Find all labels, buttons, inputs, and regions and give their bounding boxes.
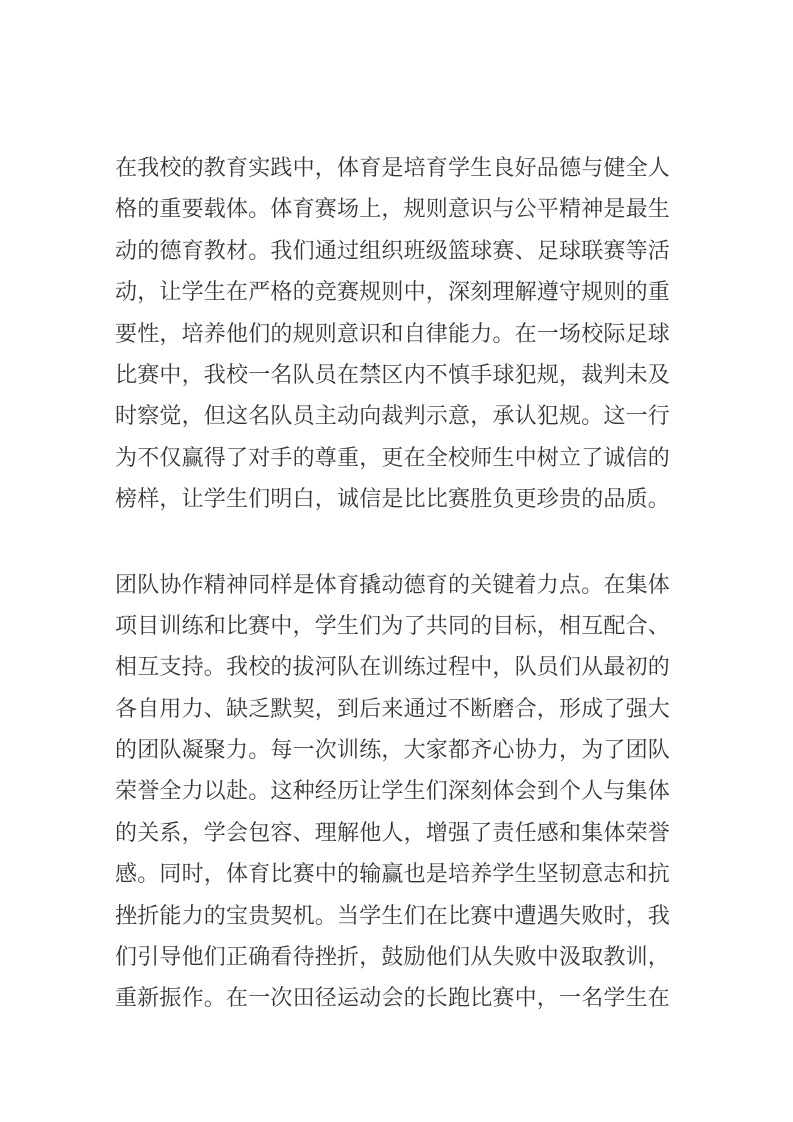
document-page: 在我校的教育实践中，体育是培育学生良好品德与健全人格的重要载体。体育赛场上，规则… bbox=[0, 0, 793, 1122]
paragraph-2: 团队协作精神同样是体育撬动德育的关键着力点。在集体项目训练和比赛中，学生们为了共… bbox=[115, 565, 677, 1020]
text-line: 榜样，让学生们明白，诚信是比比赛胜负更珍贵的品质。 bbox=[115, 479, 677, 520]
text-line: 重新振作。在一次田径运动会的长跑比赛中，一名学生在 bbox=[115, 978, 677, 1019]
paragraph-1: 在我校的教育实践中，体育是培育学生良好品德与健全人格的重要载体。体育赛场上，规则… bbox=[115, 148, 677, 521]
text-line: 各自用力、缺乏默契，到后来通过不断磨合，形成了强大 bbox=[115, 689, 677, 730]
text-line: 为不仅赢得了对手的尊重，更在全校师生中树立了诚信的 bbox=[115, 438, 677, 479]
text-line: 团队协作精神同样是体育撬动德育的关键着力点。在集体 bbox=[115, 565, 677, 606]
text-line: 在我校的教育实践中，体育是培育学生良好品德与健全人 bbox=[115, 148, 677, 189]
text-line: 们引导他们正确看待挫折，鼓励他们从失败中汲取教训， bbox=[115, 937, 677, 978]
text-line: 格的重要载体。体育赛场上，规则意识与公平精神是最生 bbox=[115, 189, 677, 230]
text-line: 的团队凝聚力。每一次训练，大家都齐心协力，为了团队 bbox=[115, 730, 677, 771]
text-line: 挫折能力的宝贵契机。当学生们在比赛中遭遇失败时，我 bbox=[115, 896, 677, 937]
text-line: 比赛中，我校一名队员在禁区内不慎手球犯规，裁判未及 bbox=[115, 355, 677, 396]
text-line: 荣誉全力以赴。这种经历让学生们深刻体会到个人与集体 bbox=[115, 771, 677, 812]
document-body: 在我校的教育实践中，体育是培育学生良好品德与健全人格的重要载体。体育赛场上，规则… bbox=[115, 148, 677, 1020]
text-line: 的关系，学会包容、理解他人，增强了责任感和集体荣誉 bbox=[115, 813, 677, 854]
text-line: 时察觉，但这名队员主动向裁判示意，承认犯规。这一行 bbox=[115, 396, 677, 437]
text-line: 要性，培养他们的规则意识和自律能力。在一场校际足球 bbox=[115, 314, 677, 355]
text-line: 相互支持。我校的拔河队在训练过程中，队员们从最初的 bbox=[115, 647, 677, 688]
text-line: 感。同时，体育比赛中的输赢也是培养学生坚韧意志和抗 bbox=[115, 854, 677, 895]
text-line: 动的德育教材。我们通过组织班级篮球赛、足球联赛等活 bbox=[115, 231, 677, 272]
text-line: 动，让学生在严格的竞赛规则中，深刻理解遵守规则的重 bbox=[115, 272, 677, 313]
text-line: 项目训练和比赛中，学生们为了共同的目标，相互配合、 bbox=[115, 606, 677, 647]
